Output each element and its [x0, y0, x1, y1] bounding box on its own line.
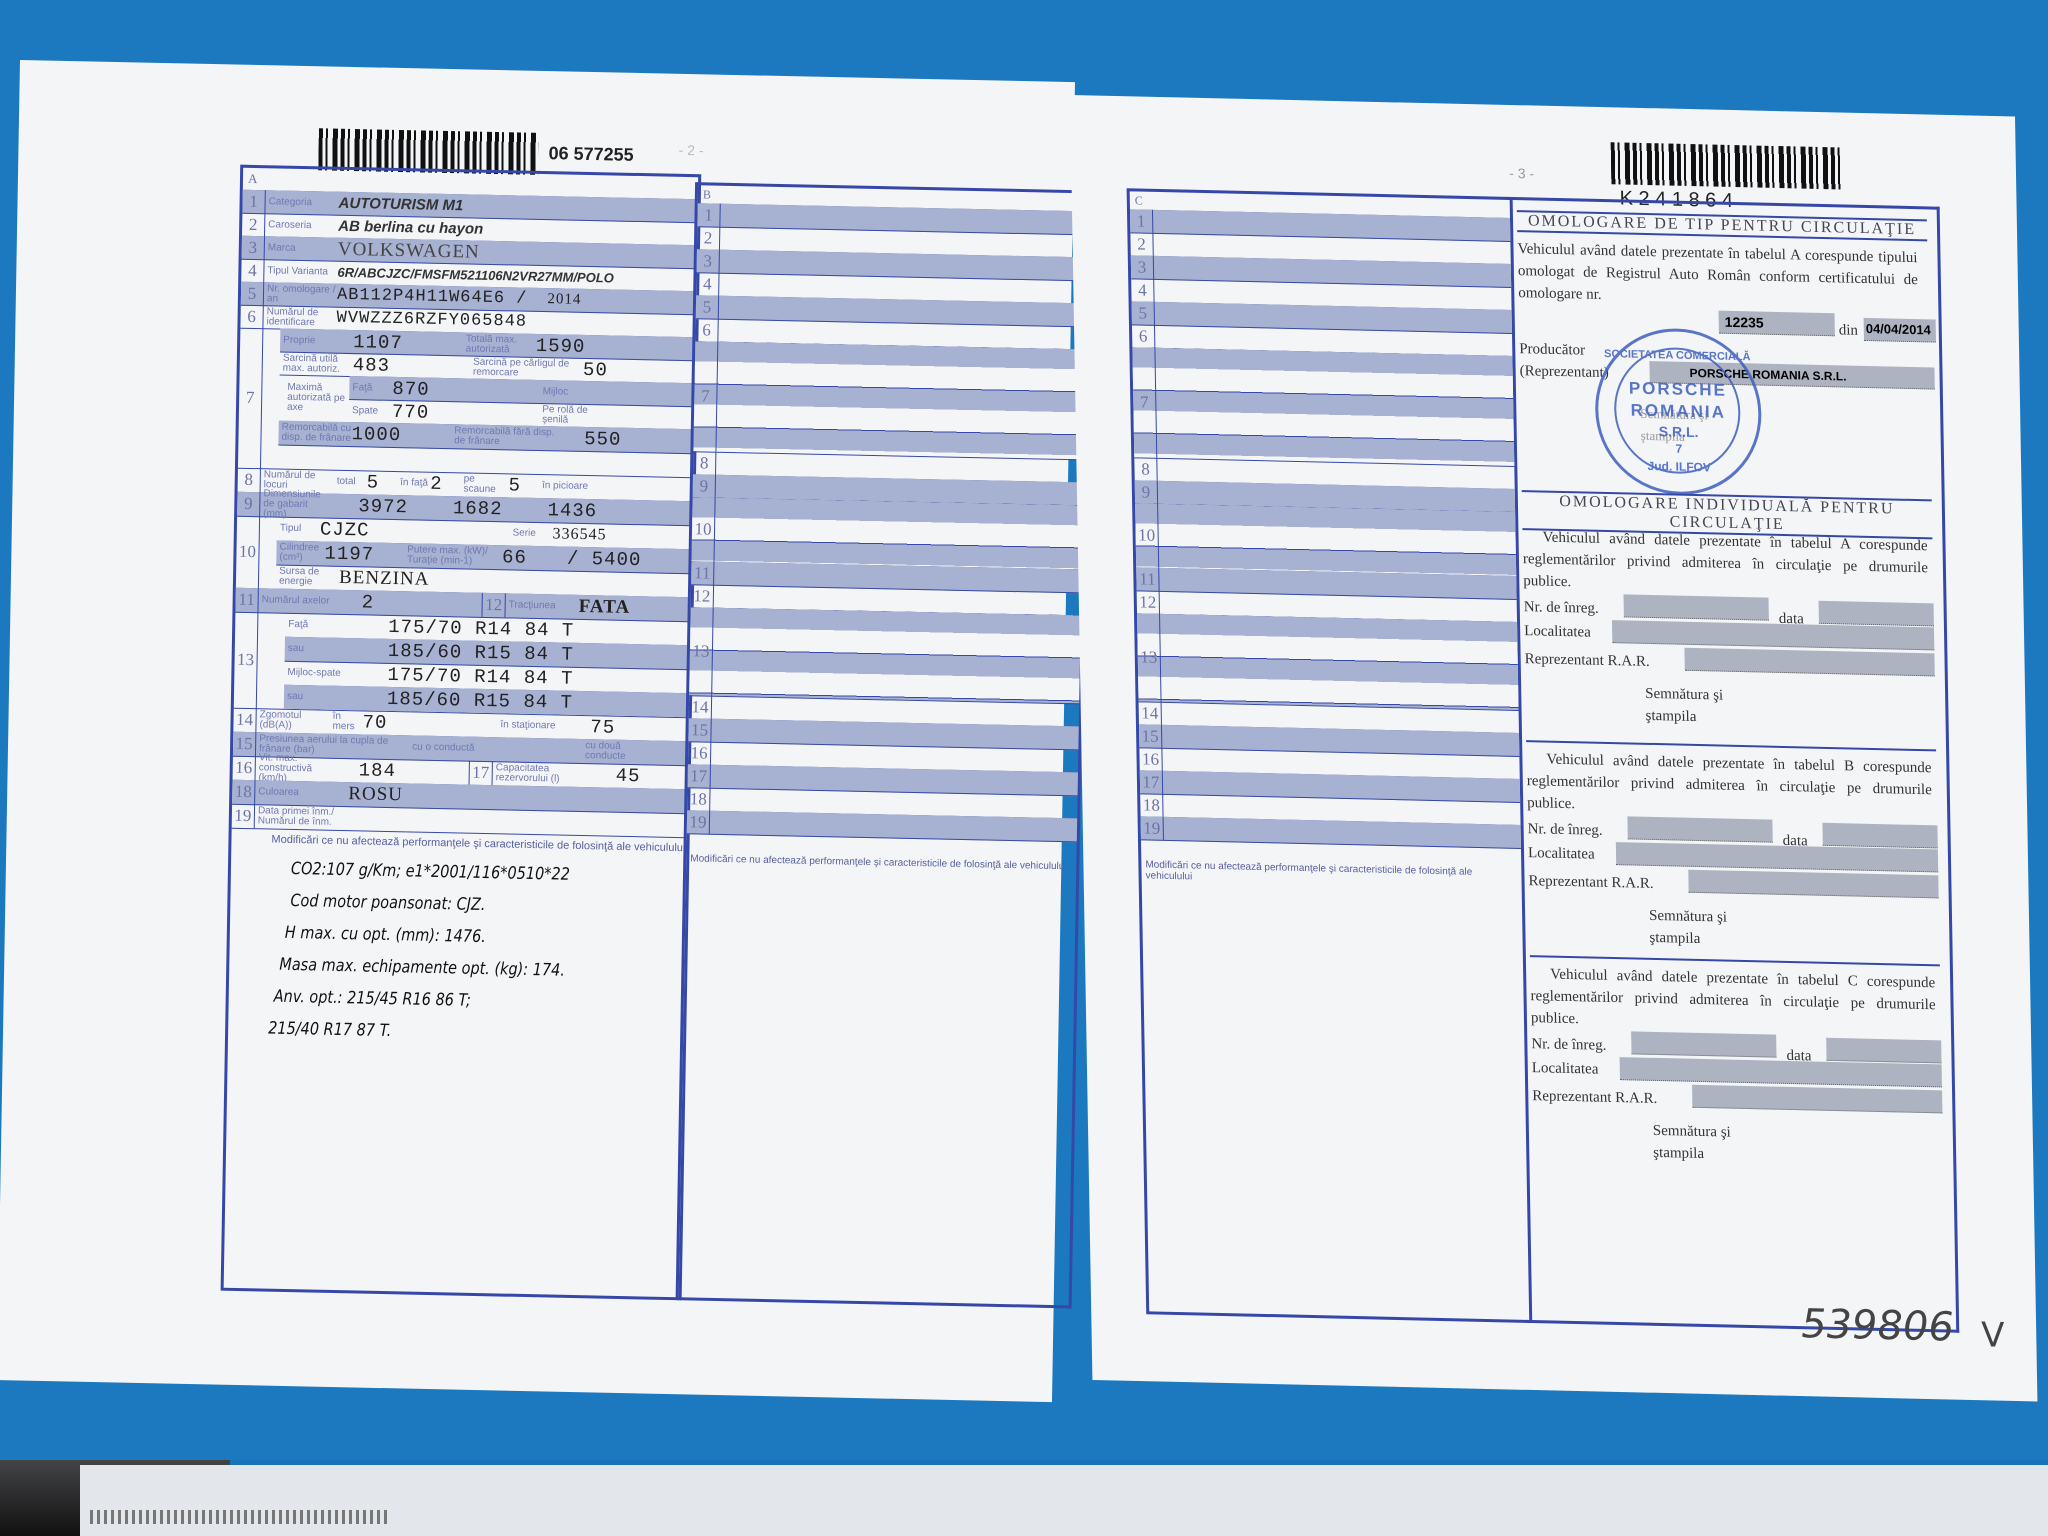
- label: sau: [285, 644, 348, 655]
- individual-approval-block: Vehiculul având datele prezentate în tab…: [1530, 955, 1944, 1176]
- tire-value: 175/70 R14 84 T: [388, 616, 574, 642]
- label: Faţă: [349, 383, 392, 394]
- rpm-value: / 5400: [567, 548, 642, 572]
- table-letter: B: [698, 187, 711, 202]
- approval-text: Vehiculul având datele prezentate în tab…: [1526, 748, 1932, 823]
- stamp-text: PORSCHE: [1598, 378, 1758, 402]
- label: Mijloc: [540, 387, 613, 399]
- row-number: 3: [697, 249, 720, 272]
- note-line: Anv. opt.: 215/45 R16 86 T;: [274, 987, 471, 1011]
- row-number: 13: [234, 612, 259, 708]
- noise-driving-value: 70: [362, 711, 387, 734]
- left-page: 06 577255 - 2 - A 1CategoriaAUTOTURISM M…: [0, 60, 1075, 1402]
- row-label: Nr. omologare / an: [264, 284, 337, 306]
- label: Mijloc-spate: [284, 668, 347, 679]
- note-line: CO2:107 g/Km; e1*2001/116*0510*22: [291, 859, 570, 885]
- registration-label: Nr. de înreg.: [1531, 1033, 1606, 1057]
- row-number: 13: [689, 607, 714, 695]
- axle-label: Maximă autorizată pe axe: [284, 383, 353, 414]
- registration-redacted: [1627, 816, 1772, 842]
- row-number: 11: [235, 588, 258, 612]
- row-number: 2: [1130, 232, 1153, 256]
- seats-total-value: 5: [367, 471, 380, 493]
- unbraked-trailer-value: 550: [584, 428, 622, 451]
- right-page: - 3 - K 2 4 1 8 6 4 C 123456789101112131…: [1070, 95, 2037, 1401]
- row-number: 11: [1136, 567, 1159, 591]
- row-number: 16: [233, 756, 256, 780]
- seats-seated-value: 5: [508, 474, 521, 496]
- signature-label: Semnătura şi ştampila: [1653, 1120, 1744, 1166]
- row-label: Caroseria: [265, 220, 338, 232]
- table-letter: A: [243, 171, 258, 187]
- row-number: 14: [233, 708, 256, 732]
- label: Culoarea: [255, 787, 328, 799]
- row-number: 17: [1140, 770, 1163, 794]
- tire-value: 175/70 R14 84 T: [387, 664, 573, 690]
- row-number: 11: [691, 561, 714, 584]
- tank-capacity-value: 45: [616, 765, 641, 788]
- label: în staţionare: [497, 720, 560, 731]
- row-number: 8: [238, 468, 261, 492]
- label: Sarcină pe cârligul de remorcare: [470, 357, 583, 379]
- row-number: 10: [1135, 503, 1159, 568]
- date-redacted: [1826, 1038, 1941, 1064]
- representative-redacted: [1684, 648, 1934, 677]
- row-label: Tipul Varianta: [264, 266, 337, 278]
- table-b: B 12345678910111213141516171819 Modifică…: [676, 182, 1092, 1308]
- row-number: 1: [1130, 209, 1153, 233]
- row-number: 1: [242, 190, 265, 213]
- row-number: 15: [1139, 724, 1162, 748]
- displacement-value: 1197: [324, 543, 374, 566]
- mass-block: 7 Proprie1107Totală max. autorizată1590 …: [238, 328, 695, 479]
- row-number: 9: [693, 474, 716, 497]
- representative-redacted: [1688, 870, 1938, 899]
- row-number: 2: [697, 226, 720, 249]
- row-number: 5: [696, 295, 719, 318]
- handwritten-number: 539806: [1801, 1301, 1955, 1350]
- stamp-text: SOCIETATEA COMERCIALĂ: [1597, 348, 1757, 364]
- note-line: Masa max. echipamente opt. (kg): 174.: [279, 955, 565, 981]
- label: Data primei înm./ Numărul de înm.: [255, 806, 368, 828]
- label: Numărul axelor: [259, 595, 332, 607]
- tires-block: 13 Faţă175/70 R14 84 T sau185/60 R15 84 …: [234, 612, 691, 719]
- serial-number: 06 577255: [548, 143, 633, 166]
- din-label: din: [1839, 319, 1859, 341]
- label: sau: [284, 692, 347, 703]
- locality-label: Localitatea: [1532, 1057, 1599, 1081]
- label: Cilindree (cm³): [276, 543, 324, 564]
- perforation-edge: [90, 1510, 390, 1524]
- row-number: 4: [696, 272, 719, 295]
- label: Tracţiunea: [506, 600, 579, 612]
- height-value: 1436: [547, 499, 597, 522]
- traction-value: FATA: [578, 596, 630, 619]
- towbar-load-value: 50: [583, 358, 608, 381]
- row-number: 19: [232, 804, 255, 828]
- row-label: Numărul de identificare: [263, 307, 336, 329]
- label: cu două conducte: [582, 741, 655, 763]
- row-number: 3: [242, 236, 265, 259]
- row-number: 16: [1139, 747, 1162, 771]
- label: în picioare: [539, 481, 592, 492]
- row-number: 7: [238, 328, 263, 468]
- signature-label: Semnătura şi ştampila: [1649, 905, 1740, 951]
- row-number: 13: [1137, 613, 1162, 702]
- type-approval-text: Vehiculul având datele prezentate în tab…: [1517, 238, 1918, 313]
- row-number: 16: [688, 741, 711, 764]
- approval-column: OMOLOGARE DE TIP PENTRU CIRCULAŢIE Vehic…: [1507, 197, 1960, 1333]
- label: Sursa de energie: [276, 566, 339, 587]
- company-stamp: SOCIETATEA COMERCIALĂ PORSCHE ROMANIA S.…: [1594, 327, 1763, 497]
- row-number: 1: [697, 203, 720, 226]
- row-number: 8: [1134, 457, 1157, 481]
- max-speed-value: 184: [359, 759, 469, 783]
- row-number: 18: [232, 780, 255, 804]
- type-approval-section: OMOLOGARE DE TIP PENTRU CIRCULAŢIE Vehic…: [1517, 210, 1932, 499]
- locality-label: Localitatea: [1528, 842, 1595, 866]
- table-c: C 12345678910111213141516171819 Modifică…: [1127, 188, 1533, 1323]
- empty-row: 7: [693, 341, 1085, 460]
- type-value: 6R/ABCJZC/FMSFM521106N2VR27MM/POLO: [337, 265, 614, 286]
- row-number: 17: [688, 764, 711, 787]
- label: Sarcină utilă max. autoriz.: [280, 353, 353, 375]
- row-number: 6: [1132, 324, 1155, 348]
- registration-label: Nr. de înreg.: [1527, 818, 1602, 842]
- note-line: H max. cu opt. (mm): 1476.: [285, 923, 486, 947]
- label: Serie: [509, 528, 552, 539]
- empty-row: 10: [1135, 503, 1516, 577]
- date-redacted: [1819, 601, 1934, 627]
- row-number: 8: [693, 451, 716, 474]
- total-mass-value: 1590: [536, 334, 586, 357]
- label: pe scaune: [460, 474, 508, 495]
- note-line: Cod motor poansonat: CJZ.: [290, 891, 485, 915]
- approval-value: AB112P4H11W64E6 /: [337, 286, 528, 309]
- rar-representative-label: Reprezentant R.A.R.: [1532, 1085, 1657, 1110]
- label: Spate: [349, 406, 392, 417]
- category-value: AUTOTURISM M1: [338, 195, 463, 215]
- rar-representative-label: Reprezentant R.A.R.: [1524, 648, 1649, 673]
- row-number: 5: [241, 282, 264, 305]
- braked-trailer-value: 1000: [351, 423, 401, 446]
- stamp-text: Jud. ILFOV: [1599, 458, 1759, 476]
- row-number: 18: [1140, 793, 1163, 817]
- row-number: 17: [469, 761, 493, 786]
- individual-approval-blocks: Vehiculul având datele prezentate în tab…: [1507, 200, 1937, 210]
- approval-text: Vehiculul având datele prezentate în tab…: [1530, 963, 1936, 1038]
- vin-value: WVWZZZ6RZFY065848: [336, 309, 527, 332]
- stamp-text: 7: [1599, 440, 1759, 458]
- individual-approval-block: Vehiculul având datele prezentate în tab…: [1526, 740, 1940, 961]
- label: cu o conductă: [409, 742, 582, 756]
- barcode: [1611, 142, 1842, 189]
- empty-row: 13: [689, 607, 1081, 704]
- engine-block: 10 TipulCJZCSerie336545 Cilindree (cm³)1…: [236, 516, 692, 599]
- rar-representative-label: Reprezentant R.A.R.: [1528, 870, 1653, 895]
- row-number: 9: [1135, 480, 1158, 504]
- approval-text: Vehiculul având datele prezentate în tab…: [1522, 526, 1928, 601]
- representative-redacted: [1692, 1085, 1942, 1114]
- row-number: 15: [688, 718, 711, 741]
- row-number: 12: [691, 584, 714, 607]
- row-number: 10: [691, 497, 715, 561]
- label: Proprie: [280, 335, 353, 347]
- row-label: Marca: [265, 243, 338, 255]
- fuel-value: BENZINA: [339, 566, 430, 590]
- registration-redacted: [1631, 1031, 1776, 1057]
- label: Faţă: [285, 620, 348, 631]
- length-value: 3972: [358, 495, 408, 518]
- power-value: 66: [502, 546, 527, 569]
- make-value: VOLKSWAGEN: [338, 238, 480, 263]
- registration-label: Nr. de înreg.: [1524, 596, 1599, 620]
- empty-row: 7: [1132, 347, 1514, 467]
- label: Pe rolă de şenilă: [539, 405, 612, 427]
- label: în faţă: [397, 478, 430, 489]
- row-number: 5: [1132, 301, 1155, 325]
- label: în mers: [329, 712, 362, 733]
- row-number: 7: [693, 341, 718, 451]
- row-number: 19: [687, 810, 710, 833]
- row-number: 9: [237, 492, 260, 516]
- row-number: 10: [236, 516, 260, 588]
- empty-row: 10: [691, 497, 1082, 570]
- row-number: 19: [1141, 816, 1164, 840]
- locality-label: Localitatea: [1524, 620, 1591, 644]
- row-number: 15: [233, 732, 256, 756]
- own-mass-value: 1107: [353, 331, 403, 354]
- rear-axle-value: 770: [392, 400, 430, 423]
- row-number: 4: [1131, 278, 1154, 302]
- width-value: 1682: [453, 497, 503, 520]
- handwritten-check: V: [1981, 1315, 2005, 1356]
- table-letter: C: [1130, 193, 1143, 208]
- page-number: - 2 -: [679, 142, 704, 159]
- row-number: 2: [242, 213, 265, 236]
- label: Putere max. (kW)/ Turaţie (min-1): [404, 545, 502, 567]
- engine-type-value: CJZC: [320, 518, 370, 541]
- page-number: - 3 -: [1509, 165, 1534, 182]
- row-number: 4: [241, 259, 264, 282]
- noise-stationary-value: 75: [590, 716, 615, 739]
- label: Totală max. autorizată: [463, 334, 536, 356]
- cert-number: 12235: [1719, 311, 1835, 337]
- body-value: AB berlina cu hayon: [338, 218, 483, 238]
- payload-value: 483: [353, 354, 391, 377]
- signature-label: Semnătura şi ştampila: [1645, 683, 1736, 729]
- row-number: 7: [1132, 347, 1157, 458]
- seats-front-value: 2: [430, 473, 443, 495]
- row-number: 18: [687, 787, 710, 810]
- engine-serial-value: 336545: [552, 525, 606, 544]
- empty-row: 13: [1137, 613, 1519, 711]
- modifications-title: Modificări ce nu afectează performanţele…: [1145, 859, 1521, 890]
- year-value: 2014: [547, 291, 581, 309]
- tire-value: 185/60 R15 84 T: [388, 640, 574, 666]
- row-number: 3: [1131, 255, 1154, 279]
- bottom-sheet: [80, 1465, 2048, 1536]
- label: Tipul: [277, 524, 320, 535]
- note-line: 215/40 R17 87 T.: [268, 1019, 391, 1042]
- color-value: ROSU: [348, 783, 403, 806]
- modifications-title: Modificări ce nu afectează performanţele…: [690, 853, 1067, 872]
- row-number: 6: [240, 305, 263, 328]
- label: total: [334, 477, 367, 488]
- cert-date: 04/04/2014: [1864, 318, 1936, 343]
- row-number: 12: [1137, 590, 1160, 614]
- table-a: A 1CategoriaAUTOTURISM M1 2CaroseriaAB b…: [221, 165, 702, 1301]
- tire-value: 185/60 R15 84 T: [387, 688, 573, 714]
- row-number: 12: [481, 593, 505, 618]
- axles-value: 2: [361, 591, 481, 616]
- date-redacted: [1822, 823, 1937, 849]
- label: Remorcabilă cu disp. de frânare: [278, 423, 351, 445]
- label: Capacitatea rezervorului (l): [493, 763, 586, 785]
- row-number: 6: [695, 318, 718, 341]
- registration-redacted: [1624, 594, 1769, 620]
- individual-approval-block: Vehiculul având datele prezentate în tab…: [1522, 520, 1936, 739]
- row-number: 14: [689, 695, 712, 718]
- front-axle-value: 870: [392, 377, 430, 400]
- row-label: Categoria: [266, 197, 339, 209]
- label: Zgomotul (dB(A)): [256, 710, 329, 732]
- row-number: 14: [1139, 701, 1162, 725]
- type-approval-title: OMOLOGARE DE TIP PENTRU CIRCULAŢIE: [1517, 210, 1927, 241]
- label: Remorcabilă fără disp. de frânare: [451, 426, 564, 448]
- stamp-text: ROMANIA: [1598, 400, 1758, 424]
